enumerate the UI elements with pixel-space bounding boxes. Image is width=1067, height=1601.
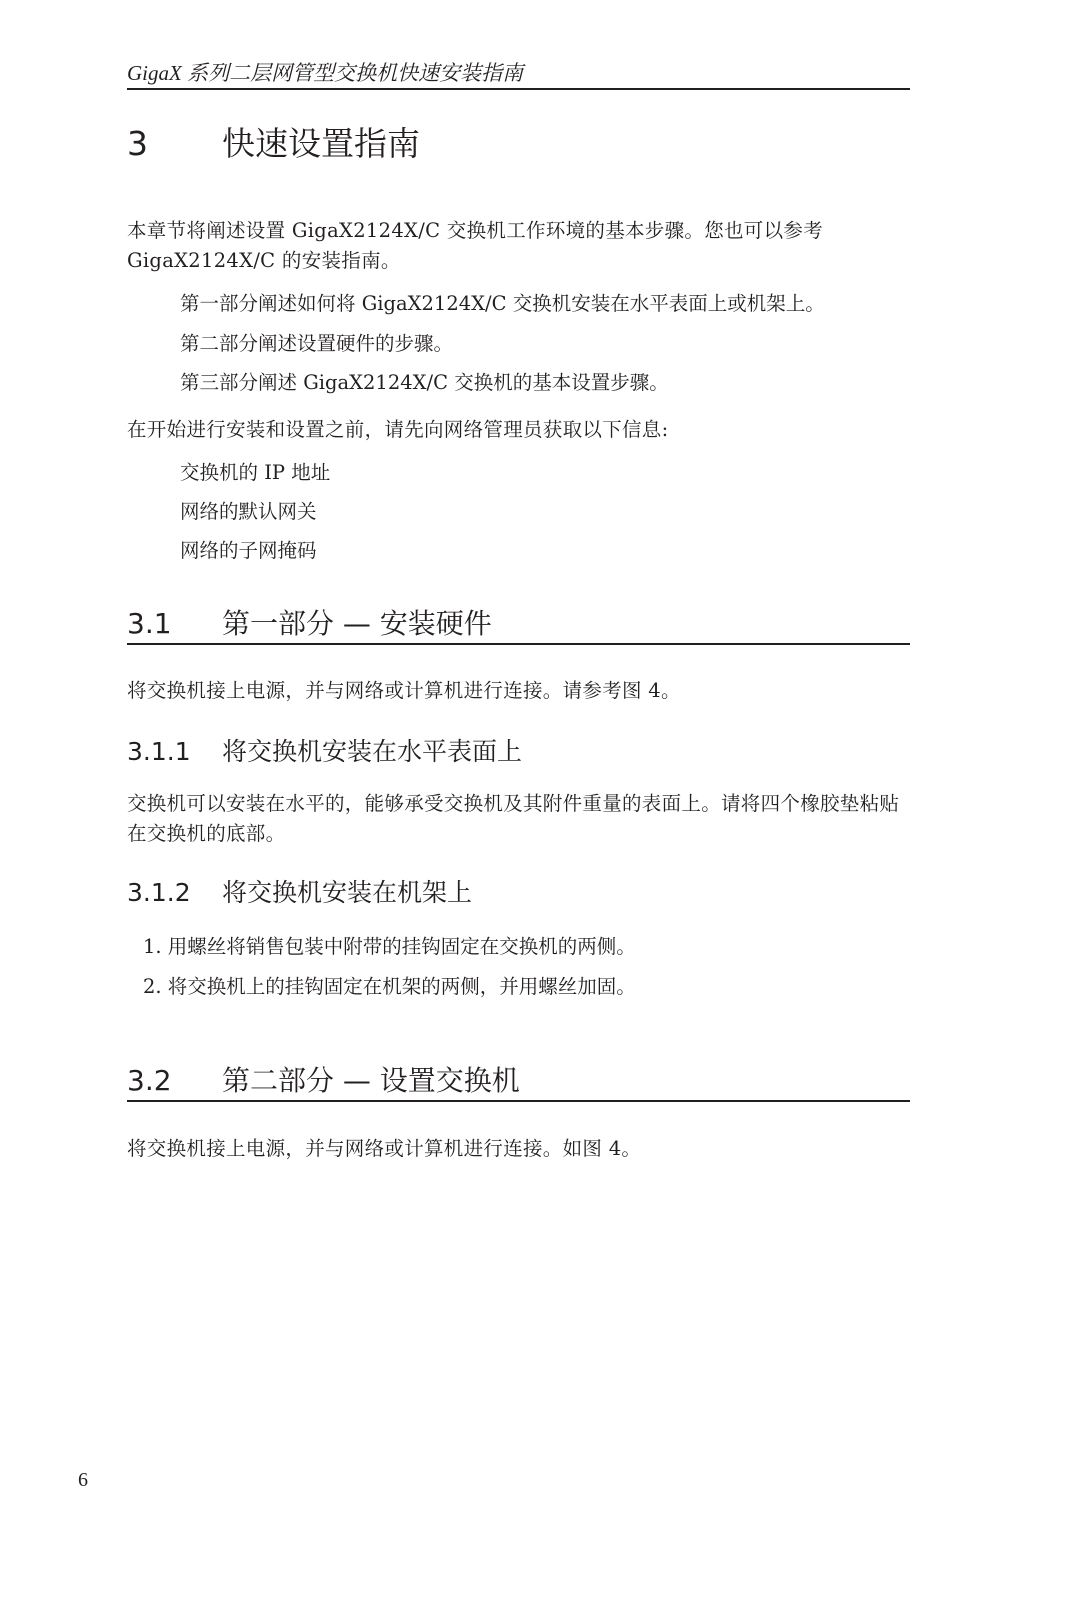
section-3-2-paragraph: 将交换机接上电源，并与网络或计算机进行连接。如图 4。 [127,1134,917,1164]
chapter-number: 3 [127,122,222,166]
part-description-2: 第二部分阐述设置硬件的步骤。 [180,329,453,359]
part-description-1: 第一部分阐述如何将 GigaX2124X/C 交换机安装在水平表面上或机架上。 [180,289,825,319]
subsection-number: 3.1.2 [127,876,222,910]
running-header: GigaX 系列二层网管型交换机快速安装指南 [127,60,910,90]
section-heading-3-1: 3.1第一部分 — 安装硬件 [127,606,910,645]
chapter-heading: 3快速设置指南 [127,122,420,166]
section-heading-3-2: 3.2第二部分 — 设置交换机 [127,1063,910,1102]
section-number: 3.2 [127,1063,222,1099]
step-2: 2. 将交换机上的挂钩固定在机架的两侧，并用螺丝加固。 [143,972,636,1002]
subsection-number: 3.1.1 [127,735,222,769]
section-title: 第二部分 — 设置交换机 [222,1064,520,1097]
running-title: GigaX 系列二层网管型交换机快速安装指南 [127,61,523,85]
subsection-heading-3-1-1: 3.1.1将交换机安装在水平表面上 [127,735,522,769]
subsection-title: 将交换机安装在水平表面上 [222,737,522,766]
section-3-1-paragraph: 将交换机接上电源，并与网络或计算机进行连接。请参考图 4。 [127,676,917,706]
section-number: 3.1 [127,606,222,642]
prerequisite-paragraph: 在开始进行安装和设置之前，请先向网络管理员获取以下信息: [127,415,917,445]
prereq-item-gateway: 网络的默认网关 [180,497,317,527]
subsection-3-1-1-paragraph: 交换机可以安装在水平的，能够承受交换机及其附件重量的表面上。请将四个橡胶垫粘贴在… [127,789,917,849]
page-number: 6 [78,1467,88,1493]
part-description-3: 第三部分阐述 GigaX2124X/C 交换机的基本设置步骤。 [180,368,669,398]
prereq-item-ip: 交换机的 IP 地址 [180,458,330,488]
subsection-title: 将交换机安装在机架上 [222,878,472,907]
prereq-item-subnet: 网络的子网掩码 [180,536,317,566]
subsection-heading-3-1-2: 3.1.2将交换机安装在机架上 [127,876,472,910]
section-title: 第一部分 — 安装硬件 [222,607,492,640]
intro-paragraph: 本章节将阐述设置 GigaX2124X/C 交换机工作环境的基本步骤。您也可以参… [127,216,917,276]
chapter-title: 快速设置指南 [222,124,420,163]
step-1: 1. 用螺丝将销售包装中附带的挂钩固定在交换机的两侧。 [143,932,636,962]
